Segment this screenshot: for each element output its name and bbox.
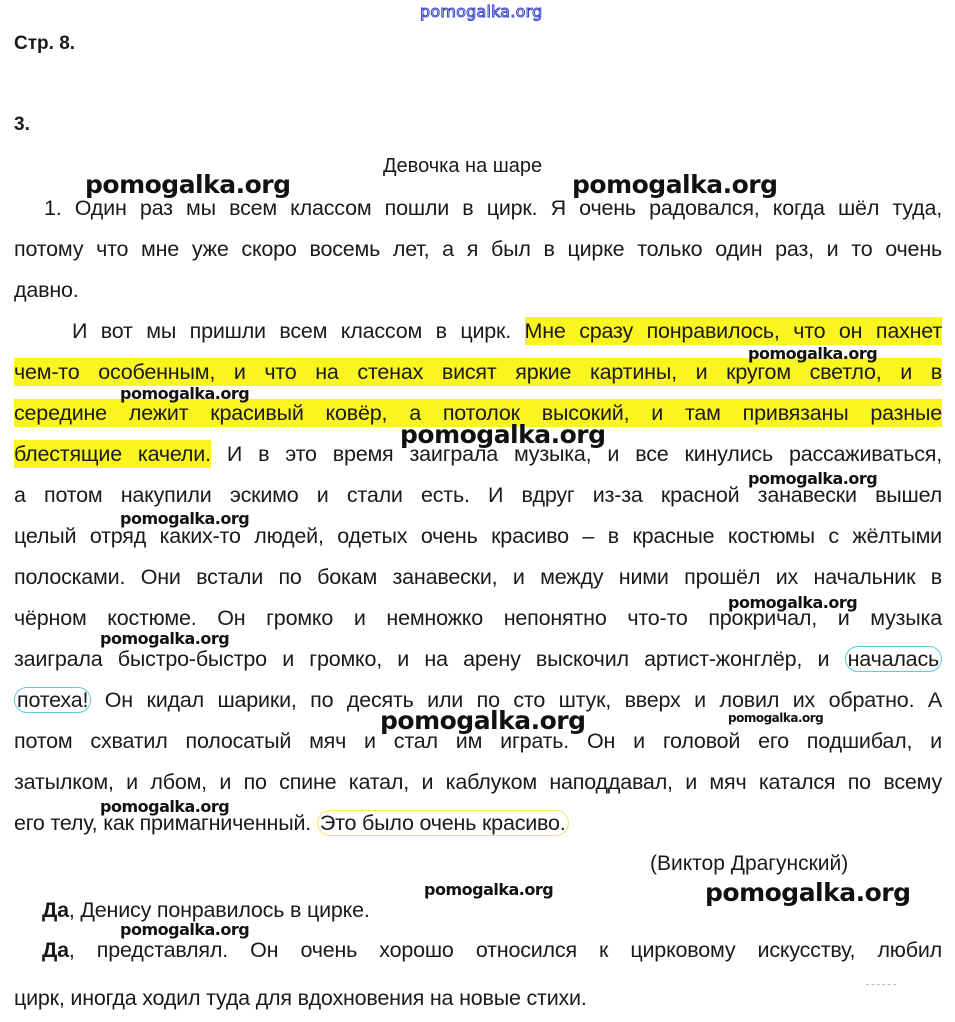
text-run: потому что мне уже скоро восемь лет, а я… <box>14 237 942 261</box>
watermark: pomogalka.org <box>120 920 249 939</box>
page-reference: Стр. 8. <box>14 33 75 55</box>
text-run: заиграла быстро-быстро и громко, и на ар… <box>14 647 845 671</box>
answer-2: Да, представлял. Он очень хорошо относил… <box>42 936 942 964</box>
story-line: полосками. Они встали по бокам занавески… <box>14 563 942 591</box>
watermark: pomogalka.org <box>85 170 291 199</box>
watermark: pomogalka.org <box>705 878 911 907</box>
highlighted-text: Мне сразу понравилось, что он пахнет <box>525 317 942 345</box>
circled-text: Это было очень красиво. <box>317 810 569 836</box>
watermark: pomogalka.org <box>100 797 229 816</box>
watermark: pomogalka.org <box>120 384 249 403</box>
top-watermark: pomogalka.org <box>420 2 542 21</box>
watermark: pomogalka.org <box>120 509 249 528</box>
watermark: pomogalka.org <box>572 170 778 199</box>
story-line: заиграла быстро-быстро и громко, и на ар… <box>14 645 942 673</box>
story-line: потому что мне уже скоро восемь лет, а я… <box>14 235 942 263</box>
story-line: его телу, как примагниченный. Это было о… <box>14 809 569 837</box>
story-title: Девочка на шаре <box>383 155 542 178</box>
story-line: И вот мы пришли всем классом в цирк. Мне… <box>72 317 942 345</box>
task-number: 3. <box>14 114 30 136</box>
text-run: полосками. Они встали по бокам занавески… <box>14 565 942 589</box>
story-line: затылком, и лбом, и по спине катал, и ка… <box>14 768 942 796</box>
text-run: затылком, и лбом, и по спине катал, и ка… <box>14 770 942 794</box>
answer-1-bold: Да <box>42 898 69 922</box>
answer-2-text: , представлял. Он очень хорошо относился… <box>69 938 942 962</box>
faint-mark <box>866 984 896 985</box>
highlighted-text: блестящие качели. <box>14 440 211 468</box>
circled-text: потеха! <box>14 687 91 713</box>
watermark: pomogalka.org <box>380 706 586 735</box>
story-author: (Виктор Драгунский) <box>650 852 848 876</box>
watermark: pomogalka.org <box>748 469 877 488</box>
answer-1-text: , Денису понравилось в цирке. <box>69 898 370 922</box>
answer-3: цирк, иногда ходил туда для вдохновения … <box>14 984 587 1012</box>
watermark: pomogalka.org <box>100 629 229 648</box>
text-run: 1. Один раз мы всем классом пошли в цирк… <box>44 196 942 220</box>
circled-text: началась <box>845 646 942 672</box>
answer-2-bold: Да <box>42 938 69 962</box>
watermark: pomogalka.org <box>748 344 877 363</box>
story-line: давно. <box>14 276 79 304</box>
watermark: pomogalka.org <box>728 593 857 612</box>
watermark: pomogalka.org <box>728 711 823 725</box>
watermark: pomogalka.org <box>424 880 553 899</box>
text-run: И вот мы пришли всем классом в цирк. <box>72 319 525 343</box>
text-run: давно. <box>14 278 79 302</box>
watermark: pomogalka.org <box>400 420 606 449</box>
answer-3-text: цирк, иногда ходил туда для вдохновения … <box>14 986 587 1010</box>
